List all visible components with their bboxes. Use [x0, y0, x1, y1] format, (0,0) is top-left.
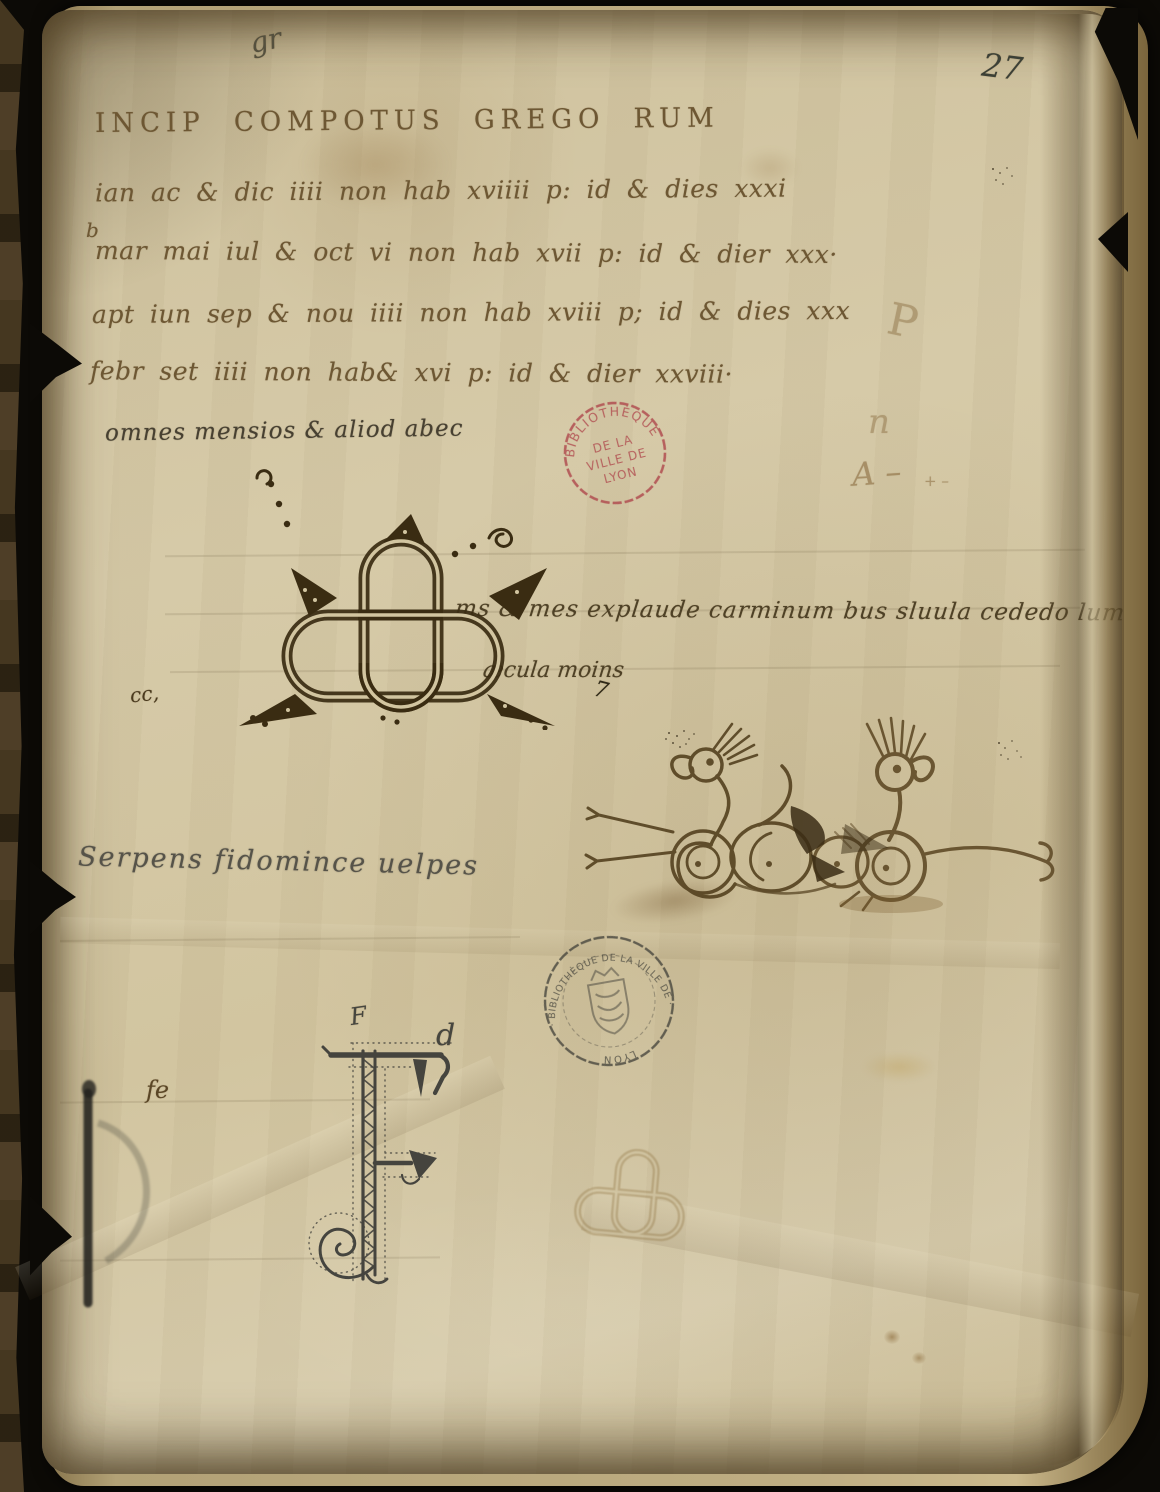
- stamp-coat-of-arms: [586, 966, 633, 1036]
- dark-library-stamp: · BIBLIOTHÈQUE DE LA VILLE DE · LYON: [527, 919, 692, 1084]
- pen-trial-line: omnes mensios & aliod abec: [105, 415, 464, 446]
- smudge: [839, 895, 943, 913]
- margin-mark-n: n: [868, 402, 890, 442]
- zoomorphic-creatures-drawing: [583, 712, 1065, 914]
- serif-wedges: [409, 1059, 437, 1179]
- cc-mark: cc,: [129, 681, 160, 708]
- svg-text:· BIBLIOTHÈQUE DE LA VILLE DE: · BIBLIOTHÈQUE DE LA VILLE DE ·: [537, 942, 676, 1027]
- folio-number: 27: [980, 46, 1025, 89]
- computus-line: apt iun sep & nou iiii non hab xviii p; …: [92, 296, 850, 329]
- margin-mark-a: A –: [851, 452, 903, 493]
- f-trial-mark: F: [348, 1001, 368, 1031]
- knot-initial-drawing: [233, 468, 565, 730]
- stamp-arc-text: · BIBLIOTHÈQUE DE LA VILLE DE ·: [537, 942, 676, 1027]
- computus-line: ian ac & dic iiii non hab xviiii p: id &…: [95, 174, 787, 208]
- computus-line: febr set iiii non hab& xvi p: id & dier …: [90, 356, 733, 388]
- ghost-knot-impression: [565, 1130, 721, 1264]
- quire-mark: gr: [247, 21, 284, 60]
- incipit-title: INCIP COMPOTUS GREGO RUM: [95, 103, 720, 140]
- computus-line: mar mai iul & oct vi non hab xvii p: id …: [95, 236, 838, 269]
- manuscript-photo: gr 27 INCIP COMPOTUS GREGO RUM ian ac & …: [0, 0, 1160, 1492]
- d-trial-mark: d: [436, 1018, 455, 1053]
- previous-page-edge: [0, 0, 24, 1492]
- margin-mark-cross: + –: [924, 472, 949, 490]
- creature-right: [814, 718, 1053, 910]
- dust-speckles: [992, 168, 994, 170]
- charcoal-stroke-drawing: [70, 1075, 200, 1315]
